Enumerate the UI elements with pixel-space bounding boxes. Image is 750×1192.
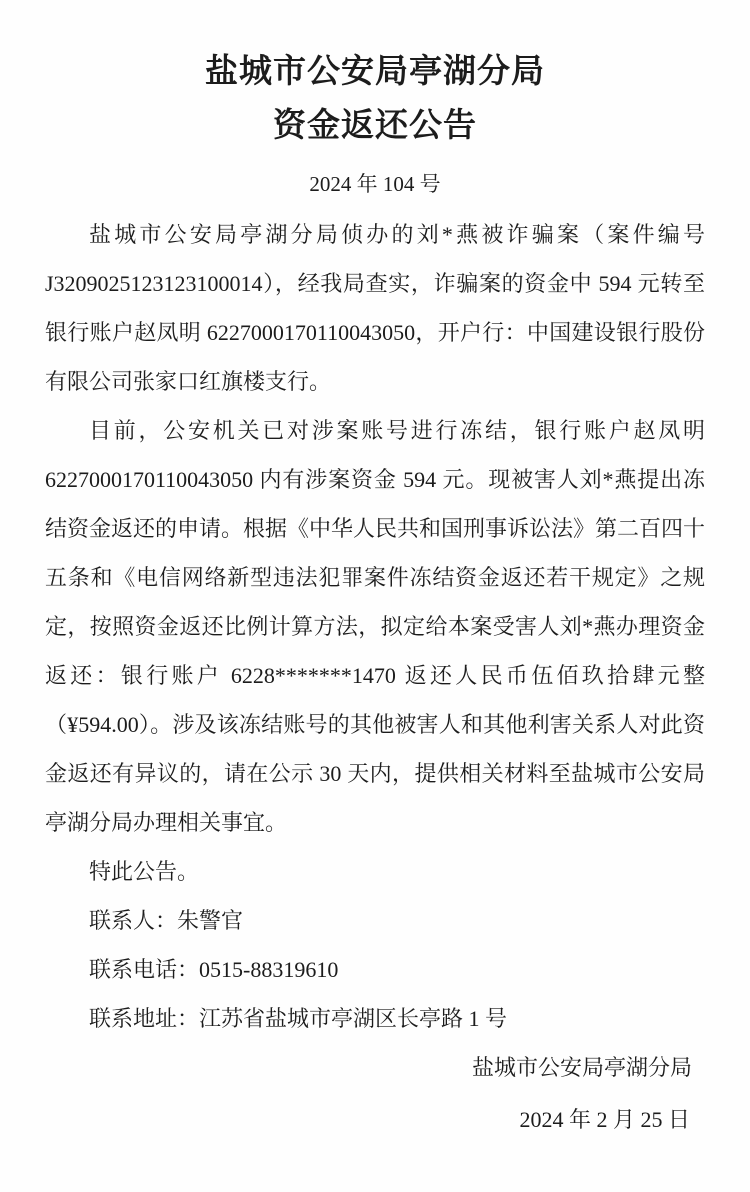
body-paragraph-return-plan: 目前，公安机关已对涉案账号进行冻结，银行账户赵凤明 62270001701100… [45,406,705,847]
document-number: 2024 年 104 号 [0,168,750,198]
document-title: 盐城市公安局亭湖分局 [0,0,750,95]
announcement-document: 盐城市公安局亭湖分局 资金返还公告 2024 年 104 号 盐城市公安局亭湖分… [0,0,750,1192]
issuer-signature: 盐城市公安局亭湖分局 [45,1043,692,1092]
closing-line: 特此公告。 [45,847,705,896]
contact-address-line: 联系地址：江苏省盐城市亭湖区长亭路 1 号 [45,994,705,1043]
contact-phone-line: 联系电话：0515-88319610 [45,945,705,994]
signature-block: 盐城市公安局亭湖分局 2024 年 2 月 25 日 [0,1043,750,1144]
body-paragraph-case-info: 盐城市公安局亭湖分局侦办的刘*燕被诈骗案（案件编号J32090251231231… [45,210,705,406]
document-body: 盐城市公安局亭湖分局侦办的刘*燕被诈骗案（案件编号J32090251231231… [0,210,750,1043]
contact-person-line: 联系人：朱警官 [45,896,705,945]
signature-date: 2024 年 2 月 25 日 [45,1095,692,1144]
document-subtitle: 资金返还公告 [0,107,750,147]
